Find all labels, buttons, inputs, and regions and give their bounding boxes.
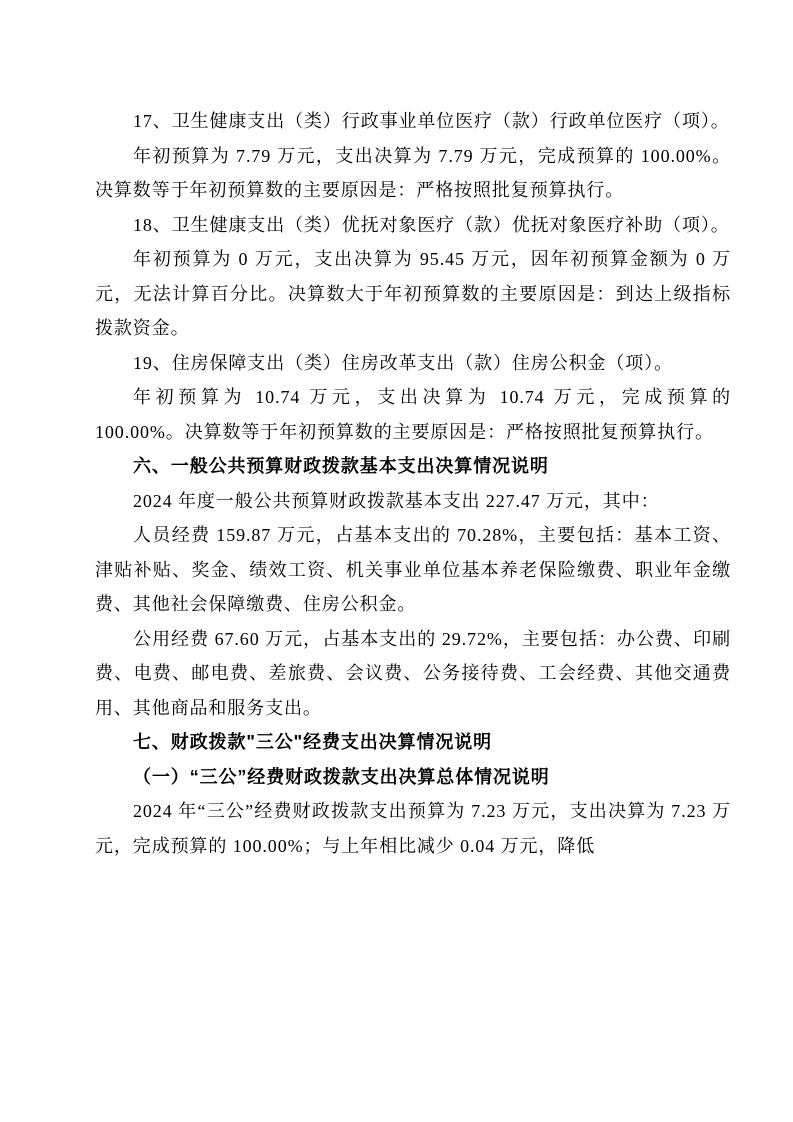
document-page: 17、卫生健康支出（类）行政事业单位医疗（款）行政单位医疗（项）。年初预算为 7…	[0, 0, 793, 1122]
paragraph: 人员经费 159.87 万元，占基本支出的 70.28%，主要包括：基本工资、津…	[95, 518, 731, 622]
paragraph: 18、卫生健康支出（类）优抚对象医疗（款）优抚对象医疗补助（项）。	[95, 208, 731, 243]
paragraph: 17、卫生健康支出（类）行政事业单位医疗（款）行政单位医疗（项）。	[95, 104, 731, 139]
document-body: 17、卫生健康支出（类）行政事业单位医疗（款）行政单位医疗（项）。年初预算为 7…	[95, 104, 731, 863]
paragraph: 年初预算为 10.74 万元，支出决算为 10.74 万元，完成预算的 100.…	[95, 380, 731, 449]
paragraph: 2024 年度一般公共预算财政拨款基本支出 227.47 万元，其中：	[95, 484, 731, 519]
paragraph: 公用经费 67.60 万元，占基本支出的 29.72%，主要包括：办公费、印刷费…	[95, 622, 731, 726]
section-heading: （一）“三公”经费财政拨款支出决算总体情况说明	[95, 760, 731, 795]
paragraph: 年初预算为 7.79 万元，支出决算为 7.79 万元，完成预算的 100.00…	[95, 139, 731, 208]
section-heading: 七、财政拨款"三公"经费支出决算情况说明	[95, 725, 731, 760]
paragraph: 2024 年“三公”经费财政拨款支出预算为 7.23 万元，支出决算为 7.23…	[95, 794, 731, 863]
section-heading: 六、一般公共预算财政拨款基本支出决算情况说明	[95, 449, 731, 484]
paragraph: 年初预算为 0 万元，支出决算为 95.45 万元，因年初预算金额为 0 万元，…	[95, 242, 731, 346]
paragraph: 19、住房保障支出（类）住房改革支出（款）住房公积金（项）。	[95, 346, 731, 381]
